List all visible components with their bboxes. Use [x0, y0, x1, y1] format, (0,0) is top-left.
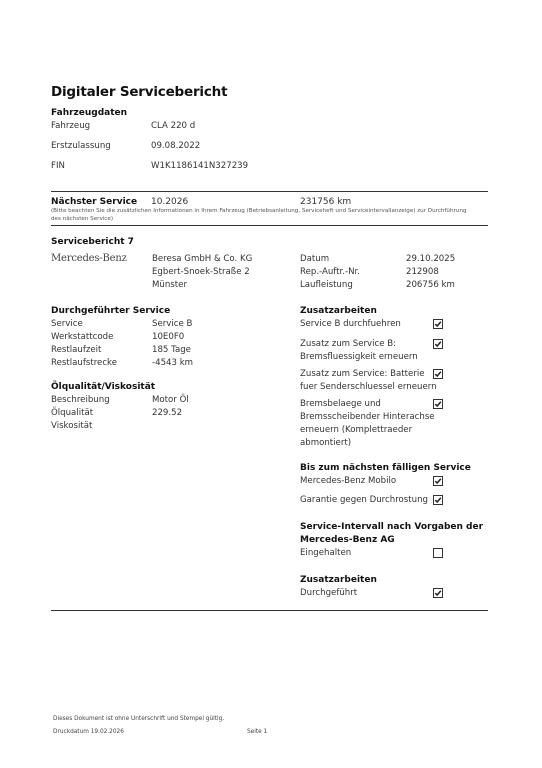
remaining-time-value: 185 Tage — [152, 345, 191, 355]
date-label: Datum — [300, 254, 329, 264]
extra-work-item-label: Bremsbelaege und — [300, 399, 381, 409]
vehicle-label: Fahrzeug — [51, 121, 90, 131]
extra-work-checkbox[interactable] — [433, 399, 443, 409]
mileage-label: Laufleistung — [300, 280, 353, 290]
oil-quality-label: Ölqualität — [51, 408, 93, 418]
dealer-name: Beresa GmbH & Co. KG — [152, 254, 252, 264]
vin-label: FIN — [51, 161, 65, 171]
extra-work-item-label: Zusatz zum Service B: — [300, 339, 396, 349]
service-value: Service B — [152, 319, 192, 329]
next-service-mileage: 231756 km — [300, 197, 351, 207]
dealer-street: Egbert-Snoek-Straße 2 — [152, 267, 250, 277]
oil-heading: Ölqualität/Viskosität — [51, 382, 155, 392]
extra-work-checkbox[interactable] — [433, 369, 443, 379]
interval-kept-label: Eingehalten — [300, 548, 351, 558]
extra-work-checkbox[interactable] — [433, 339, 443, 349]
oil-quality-value: 229.52 — [152, 408, 182, 418]
performed-heading: Durchgeführter Service — [51, 306, 170, 316]
mileage-value: 206756 km — [406, 280, 455, 290]
interval-heading: Mercedes-Benz AG — [300, 535, 395, 545]
document-title: Digitaler Servicebericht — [51, 84, 227, 100]
extra-done-checkbox[interactable] — [433, 588, 443, 598]
vehicle-heading: Fahrzeugdaten — [51, 108, 127, 118]
interval-heading: Service-Intervall nach Vorgaben der — [300, 522, 483, 532]
workshop-code-label: Werkstattcode — [51, 332, 113, 342]
divider — [51, 225, 488, 226]
service-label: Service — [51, 319, 83, 329]
extra-done-label: Durchgeführt — [300, 588, 357, 598]
remaining-distance-label: Restlaufstrecke — [51, 358, 117, 368]
registration-label: Erstzulassung — [51, 141, 111, 151]
extra-work-checkbox[interactable] — [433, 319, 443, 329]
extra-done-heading: Zusatzarbeiten — [300, 575, 377, 585]
next-service-label: Nächster Service — [51, 197, 137, 207]
mobilo-checkbox[interactable] — [433, 476, 443, 486]
extra-work-item-label: Bremsscheibender Hinterachse — [300, 412, 435, 422]
checkmark-icon — [434, 477, 442, 485]
order-number-value: 212908 — [406, 267, 439, 277]
checkmark-icon — [434, 589, 442, 597]
next-service-date: 10.2026 — [151, 197, 188, 207]
extra-work-item-label: fuer Senderschluessel erneuern — [300, 382, 437, 392]
oil-description-label: Beschreibung — [51, 395, 110, 405]
extra-work-heading: Zusatzarbeiten — [300, 306, 377, 316]
report-heading: Servicebericht 7 — [51, 237, 134, 247]
footer-print-date: Druckdatum 19.02.2026 — [53, 729, 124, 735]
dealer-city: Münster — [152, 280, 187, 290]
mercedes-benz-logo: Mercedes-Benz — [51, 253, 127, 264]
footer-disclaimer: Dieses Dokument ist ohne Unterschrift un… — [53, 716, 224, 722]
order-number-label: Rep.-Auftr.-Nr. — [300, 267, 360, 277]
date-value: 29.10.2025 — [406, 254, 455, 264]
mobilo-label: Mercedes-Benz Mobilo — [300, 476, 396, 486]
extra-work-item-label: abmontiert) — [300, 438, 351, 448]
checkmark-icon — [434, 340, 442, 348]
divider — [51, 191, 488, 192]
extra-work-item-label: Bremsfluessigkeit erneuern — [300, 352, 418, 362]
remaining-distance-value: -4543 km — [152, 358, 193, 368]
footer-page-number: Seite 1 — [247, 729, 267, 735]
checkmark-icon — [434, 320, 442, 328]
checkmark-icon — [434, 496, 442, 504]
until-next-heading: Bis zum nächsten fälligen Service — [300, 463, 471, 473]
interval-kept-checkbox[interactable] — [433, 548, 443, 558]
rust-warranty-label: Garantie gegen Durchrostung — [300, 495, 428, 505]
checkmark-icon — [434, 400, 442, 408]
extra-work-item-label: Service B durchfuehren — [300, 319, 401, 329]
viscosity-label: Viskosität — [51, 421, 92, 431]
vin-value: W1K1186141N327239 — [151, 161, 248, 171]
checkmark-icon — [434, 370, 442, 378]
remaining-time-label: Restlaufzeit — [51, 345, 101, 355]
rust-warranty-checkbox[interactable] — [433, 495, 443, 505]
extra-work-item-label: Zusatz zum Service: Batterie — [300, 369, 425, 379]
extra-work-item-label: erneuern (Komplettraeder — [300, 425, 412, 435]
vehicle-value: CLA 220 d — [151, 121, 195, 131]
workshop-code-value: 10E0F0 — [152, 332, 184, 342]
oil-description-value: Motor Öl — [152, 395, 189, 405]
next-service-note: (Bitte beachten Sie die zusätzlichen Inf… — [51, 208, 471, 223]
registration-value: 09.08.2022 — [151, 141, 200, 151]
divider — [51, 610, 488, 611]
